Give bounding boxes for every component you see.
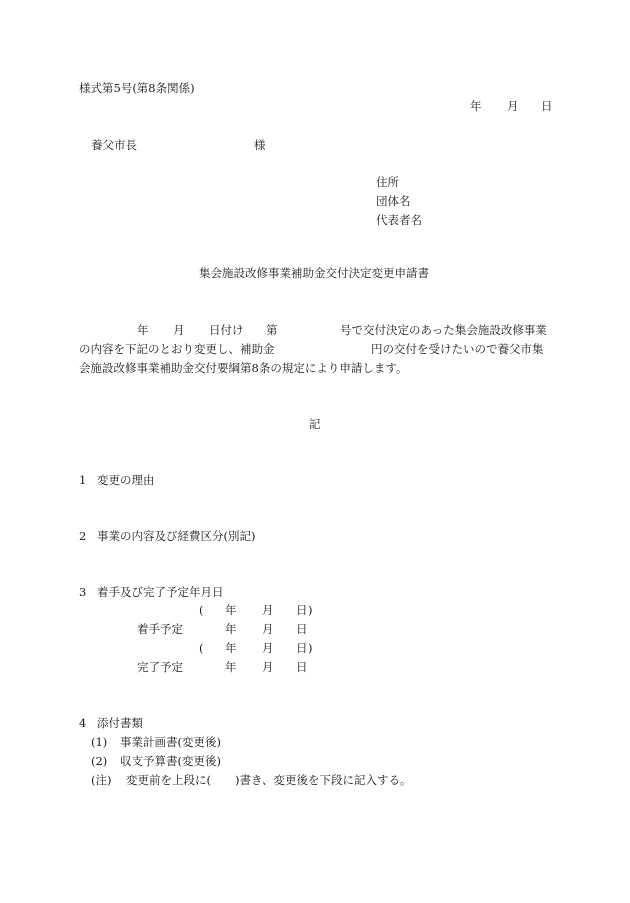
body-month: 月 (173, 323, 185, 337)
item-label: 事業の内容及び経費区分(別記) (97, 529, 255, 543)
attachment-number: (2) (91, 754, 107, 768)
addressee-name: 養父市長 (91, 138, 137, 152)
schedule-month: 月 (262, 603, 274, 617)
schedule-day: 日 (296, 660, 308, 674)
date-year-label: 年 (470, 99, 482, 113)
body-line1-rest: 号で交付決定のあった集会施設改修事業 (340, 323, 547, 337)
applicant-org-label: 団体名 (376, 194, 411, 208)
body-year: 年 (137, 323, 149, 337)
body-line2-rest: 円の交付を受けたいので養父市集 (371, 342, 544, 356)
document-title: 集会施設改修事業補助金交付決定変更申請書 (199, 266, 429, 280)
schedule-start-label: 着手予定 (137, 622, 183, 636)
attachment-label: 事業計画書(変更後) (120, 735, 221, 749)
date-day-label: 日 (541, 99, 553, 113)
attachment-number: (1) (91, 735, 107, 749)
body-line2-start: の内容を下記のとおり変更し、補助金 (79, 342, 275, 356)
schedule-close-paren: ) (308, 641, 313, 655)
item-number: 2 (79, 529, 86, 543)
item-number: 4 (79, 716, 86, 730)
body-no-prefix: 第 (266, 323, 278, 337)
schedule-day: 日 (296, 603, 308, 617)
note-label: (注) (91, 773, 111, 787)
item-number: 3 (79, 585, 86, 599)
item-label: 添付書類 (97, 716, 143, 730)
schedule-end-label: 完了予定 (137, 660, 183, 674)
attachment-label: 収支予算書(変更後) (120, 754, 221, 768)
schedule-open-paren: ( (199, 641, 204, 655)
schedule-year: 年 (225, 660, 237, 674)
item-label: 着手及び完了予定年月日 (97, 585, 224, 599)
schedule-day: 日 (296, 622, 308, 636)
applicant-address-label: 住所 (376, 175, 399, 189)
schedule-month: 月 (262, 622, 274, 636)
applicant-rep-label: 代表者名 (376, 213, 422, 227)
schedule-month: 月 (262, 660, 274, 674)
body-day-suffix: 日付け (209, 323, 244, 337)
ki-heading: 記 (309, 417, 321, 431)
form-number-label: 様式第5号(第8条関係) (79, 81, 195, 95)
note-text-after: )書き、変更後を下段に記入する。 (235, 773, 412, 787)
addressee-honorific: 様 (254, 138, 266, 152)
item-label: 変更の理由 (97, 473, 155, 487)
schedule-open-paren: ( (199, 603, 204, 617)
schedule-close-paren: ) (308, 603, 313, 617)
schedule-year: 年 (225, 622, 237, 636)
schedule-year: 年 (225, 603, 237, 617)
schedule-month: 月 (262, 641, 274, 655)
schedule-day: 日 (296, 641, 308, 655)
note-text-before: 変更前を上段に( (126, 773, 211, 787)
body-line3: 会施設改修事業補助金交付要綱第8条の規定により申請します。 (79, 361, 407, 375)
date-month-label: 月 (507, 99, 519, 113)
item-number: 1 (79, 473, 86, 487)
schedule-year: 年 (225, 641, 237, 655)
